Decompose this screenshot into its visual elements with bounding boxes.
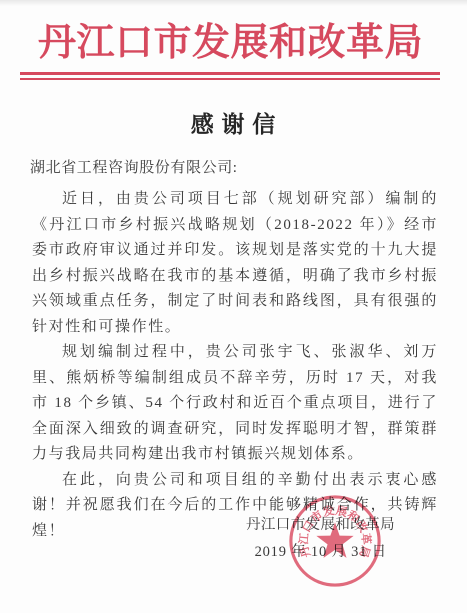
scan-edge-shading (0, 0, 467, 6)
paragraph-1: 近日，由贵公司项目七部（规划研究部）编制的《丹江口市乡村振兴战略规划（2018-… (32, 187, 438, 340)
paragraph-2: 规划编制过程中，贵公司张宇飞、张淑华、刘万里、熊炳桥等编制组成员不辞辛劳，历时 … (32, 340, 438, 468)
salutation: 湖北省工程咨询股份有限公司: (30, 158, 438, 178)
letterhead-agency-name: 丹江口市发展和改革局 (0, 20, 461, 66)
letterhead-double-rule (20, 72, 440, 80)
letter-title: 感 谢 信 (0, 110, 467, 140)
letter-page: 丹江口市发展和改革局 感 谢 信 湖北省工程咨询股份有限公司: 近日，由贵公司项… (0, 0, 467, 613)
signature-date: 2019 年 10 月 31 日 (255, 543, 387, 561)
letter-body: 近日，由贵公司项目七部（规划研究部）编制的《丹江口市乡村振兴战略规划（2018-… (32, 187, 438, 544)
signature-agency-name: 丹江口市发展和改革局 (246, 516, 395, 534)
